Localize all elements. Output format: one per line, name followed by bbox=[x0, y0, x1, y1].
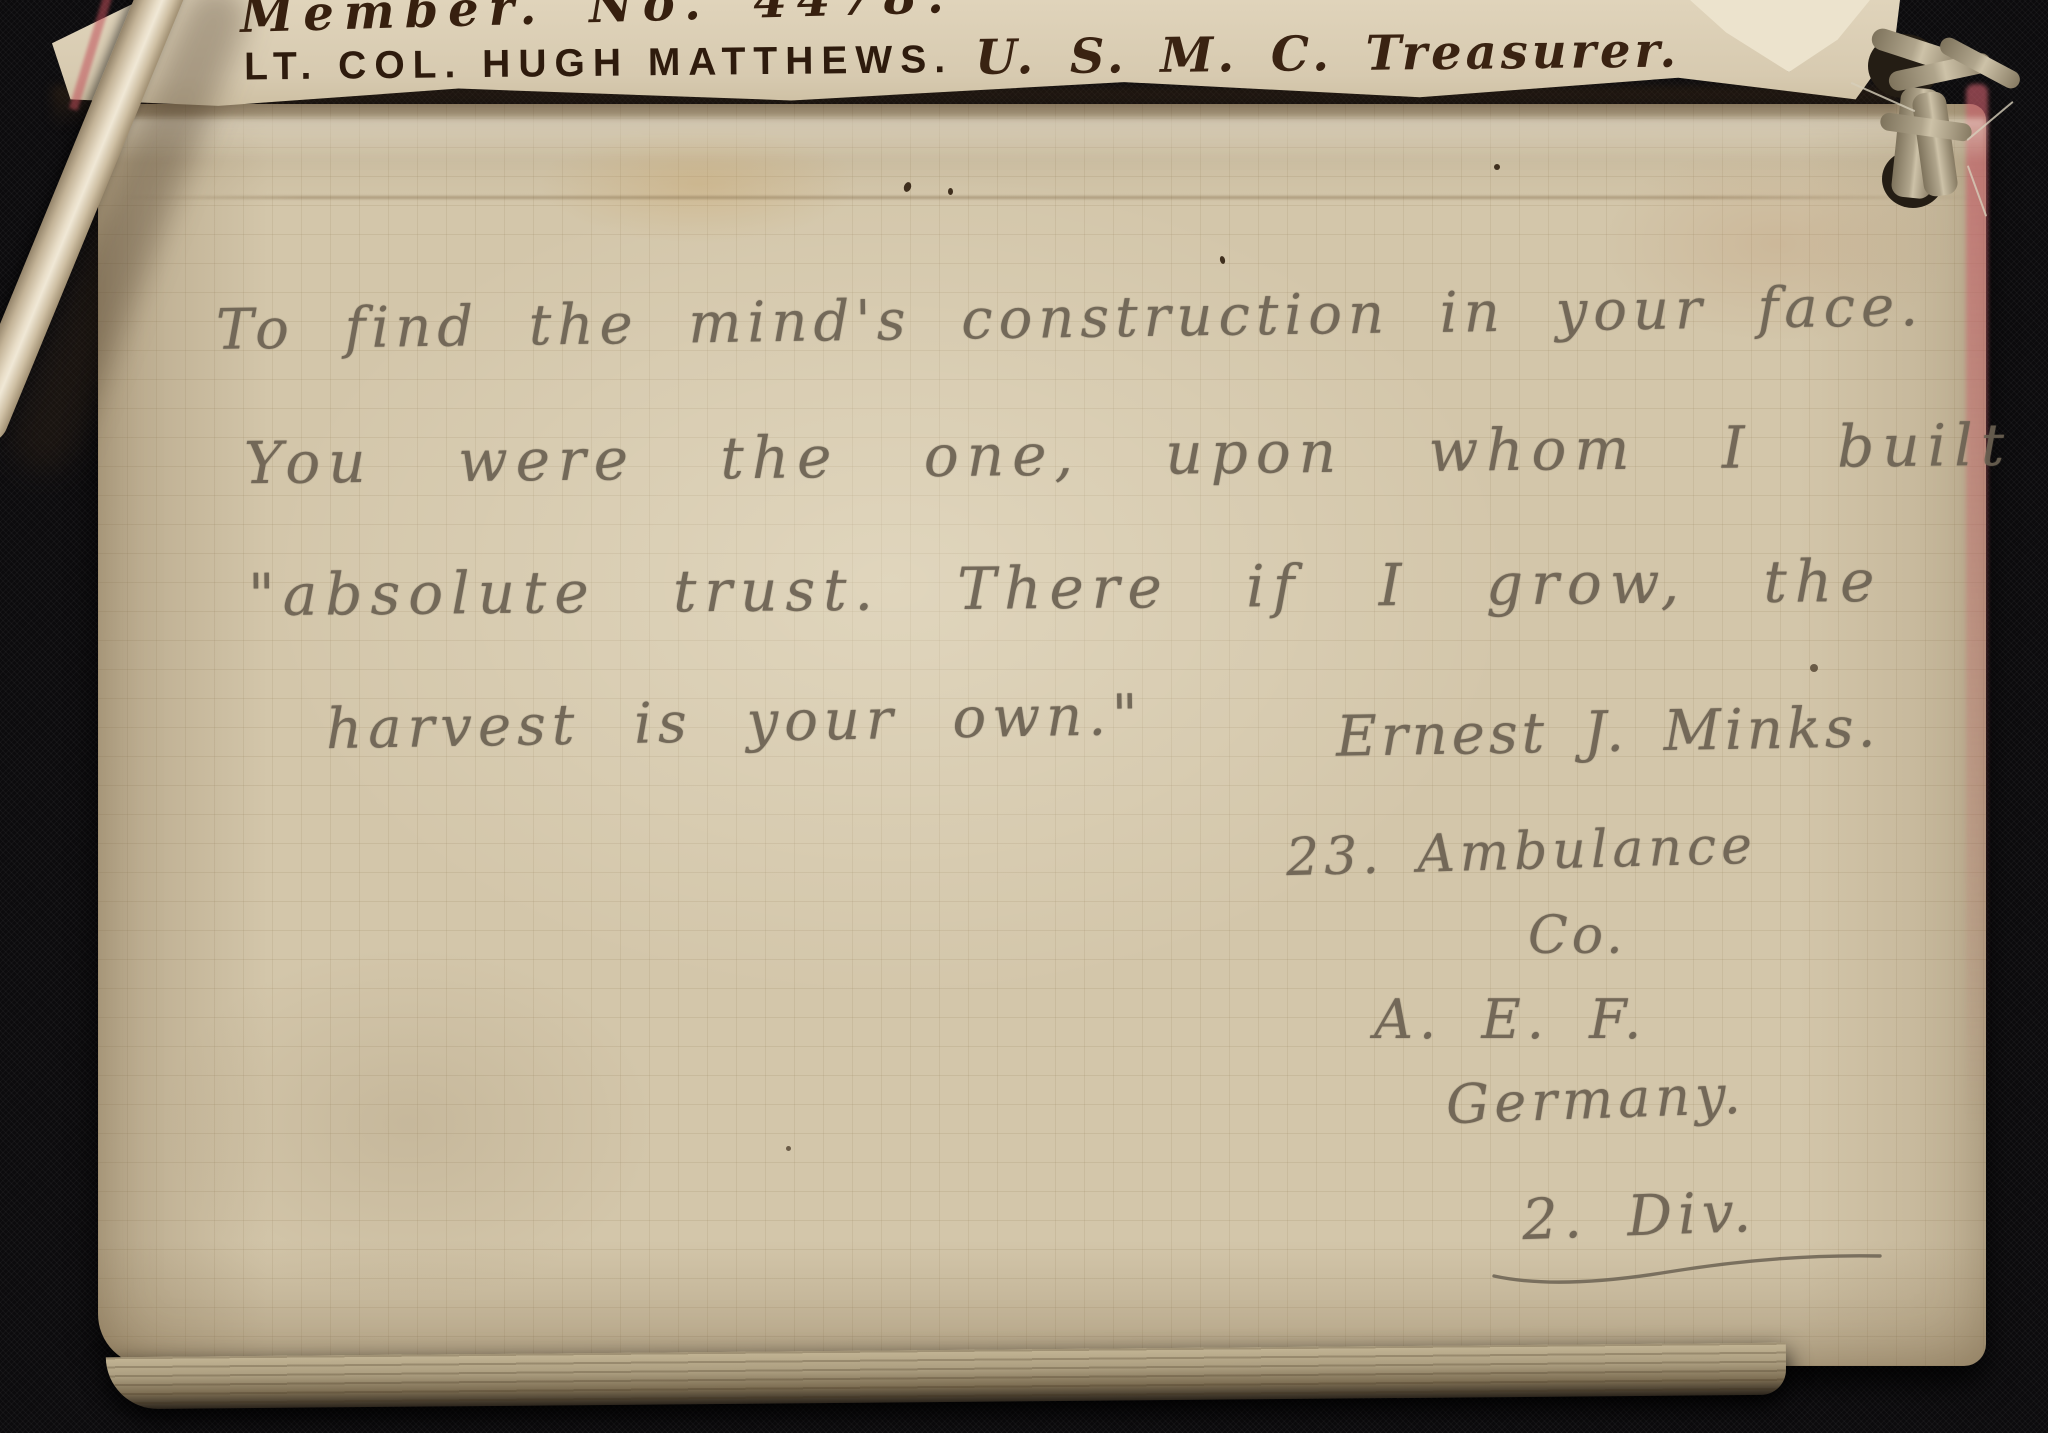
ink-speck bbox=[903, 181, 913, 193]
page-fold-crease bbox=[120, 196, 1980, 199]
underline-flourish bbox=[1488, 1250, 1888, 1290]
handwritten-line-1: To find the mind's construction in your … bbox=[216, 274, 1925, 363]
frayed-thread bbox=[1967, 165, 1987, 216]
officer-title-script: U. S. M. C. Treasurer. bbox=[975, 22, 1681, 85]
photo-scene: To find the mind's construction in your … bbox=[0, 0, 2048, 1433]
paper-stain bbox=[158, 944, 658, 1304]
frayed-thread bbox=[1966, 101, 2013, 141]
signature: Ernest J. Minks. bbox=[1335, 695, 1879, 769]
officer-name-printed: LT. COL. HUGH MATTHEWS. bbox=[244, 38, 953, 89]
ink-speck bbox=[786, 1146, 791, 1151]
unit-line-ambulance: 23. Ambulance bbox=[1285, 816, 1757, 888]
handwritten-line-2: You were the one, upon whom I built bbox=[244, 411, 2013, 498]
binding-cord bbox=[1840, 0, 2020, 240]
ink-speck bbox=[1810, 664, 1818, 672]
unit-line-germany: Germany. bbox=[1445, 1063, 1747, 1136]
unit-line-division: 2. Div. bbox=[1521, 1180, 1758, 1253]
unit-line-co: Co. bbox=[1528, 906, 1627, 966]
page-fold-highlight bbox=[100, 118, 1986, 174]
handwritten-line-3: "absolute trust. There if I grow, the bbox=[248, 547, 1883, 629]
ink-speck bbox=[1219, 255, 1226, 264]
page-fore-edge-tint bbox=[1966, 84, 1988, 1124]
notebook-page: To find the mind's construction in your … bbox=[98, 104, 1986, 1366]
handwritten-line-4: harvest is your own." bbox=[325, 683, 1144, 762]
unit-line-aef: A. E. F. bbox=[1374, 988, 1647, 1051]
ink-speck bbox=[948, 188, 953, 195]
